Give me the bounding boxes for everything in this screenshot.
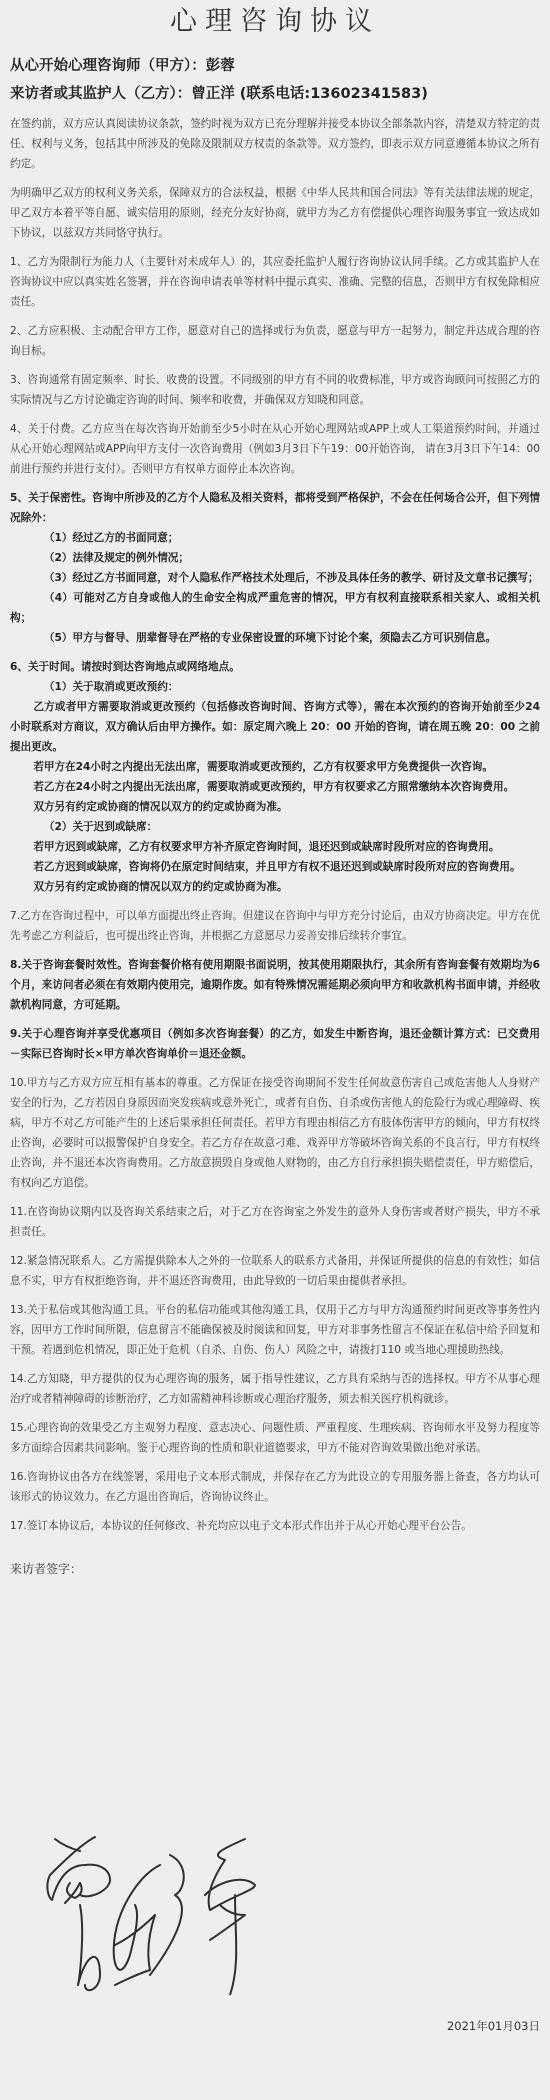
clause-11: 11.在咨询协议期内以及咨询关系结束之后，对于乙方在咨询室之外发生的意外人身伤害… (10, 1202, 540, 1242)
clause-4: 4、关于付费。乙方应当在每次咨询开始前至少5小时在从心开始心理网站或APP上或人… (10, 419, 540, 479)
clause-5-item-4: （4）可能对乙方自身或他人的生命安全构成严重危害的情况，甲方有权利直接联系相关家… (10, 588, 540, 628)
handwritten-signature (40, 1835, 290, 1995)
clause-14: 14.乙方知晓，甲方提供的仅为心理咨询的服务，属于指导性建议，乙方具有采纳与否的… (10, 1369, 540, 1409)
intro-paragraph-1: 在签约前，双方应认真阅读协议条款，签约时视为双方已充分理解并接受本协议全部条款内… (10, 114, 540, 174)
clause-9: 9.关于心理咨询并享受优惠项目（例如多次咨询套餐）的乙方，如发生中断咨询，退还金… (10, 1024, 540, 1064)
clause-15: 15.心理咨询的效果受乙方主观努力程度、意志决心、问题性质、严重程度、生理疾病、… (10, 1418, 540, 1458)
clause-10: 10.甲方与乙方双方应互相有基本的尊重。乙方保证在接受咨询期间不发生任何故意伤害… (10, 1073, 540, 1193)
clause-13: 13.关于私信或其他沟通工具。平台的私信功能或其他沟通工具，仅用于乙方与甲方沟通… (10, 1300, 540, 1360)
clause-5-item-2: （2）法律及规定的例外情况； (10, 548, 540, 568)
clause-6-sub2-item-3: 双方另有约定或协商的情况以双方的约定或协商为准。 (10, 877, 540, 897)
clause-1: 1、乙方为限制行为能力人（主要针对未成年人）的，其应委托监护人履行咨询协议认同手… (10, 252, 540, 312)
clause-2: 2、乙方应积极、主动配合甲方工作，愿意对自己的选择或行为负责，愿意与甲方一起努力… (10, 321, 540, 361)
clause-6-sub1-item-1: 乙方或者甲方需要取消或更改预约（包括修改咨询时间、咨询方式等），需在本次预约的咨… (10, 697, 540, 757)
clause-6-sub1-item-3: 若乙方在24小时之内提出无法出席，需要取消或更改预约，甲方有权要求乙方照常缴纳本… (10, 777, 540, 797)
clause-6-sub2-item-2: 若乙方迟到或缺席，咨询将仍在原定时间结束，并且甲方有权不退还迟到或缺席时段所对应… (10, 857, 540, 877)
clause-6-sub2-title: （2）关于迟到或缺席： (10, 817, 540, 837)
clause-8: 8.关于咨询套餐时效性。咨询套餐价格有使用期限书面说明，按其使用期限执行，其余所… (10, 955, 540, 1015)
clause-6-sub1-item-4: 双方另有约定或协商的情况以双方的约定或协商为准。 (10, 797, 540, 817)
clause-6-intro: 6、关于时间。请按时到达咨询地点或网络地点。 (10, 657, 540, 677)
agreement-document: 心理咨询协议 从心开始心理咨询师（甲方）：彭蓉 来访者或其监护人（乙方）：曾正洋… (0, 0, 550, 1577)
signing-date: 2021年01月03日 (447, 2018, 540, 2034)
clause-6-sub1-item-2: 若甲方在24小时之内提出无法出席，需要取消或更改预约，乙方有权要求甲方免费提供一… (10, 757, 540, 777)
clause-6-sub1-title: （1）关于取消或更改预约： (10, 677, 540, 697)
page-title: 心理咨询协议 (10, 0, 540, 44)
clause-7: 7.乙方在咨询过程中，可以单方面提出终止咨询。但建议在咨询中与甲方充分讨论后，由… (10, 906, 540, 946)
party-a-line: 从心开始心理咨询师（甲方）：彭蓉 (10, 52, 540, 80)
clause-5-item-5: （5）甲方与督导、朋辈督导在严格的专业保密设置的环境下讨论个案，须隐去乙方可识别… (10, 628, 540, 648)
clause-6-sub2-item-1: 若甲方迟到或缺席，乙方有权要求甲方补齐原定咨询时间，退还迟到或缺席时段所对应的咨… (10, 837, 540, 857)
clause-16: 16.咨询协议由各方在线签署，采用电子文本形式制成，并保存在乙方为此设立的专用服… (10, 1467, 540, 1507)
party-b-line: 来访者或其监护人（乙方）：曾正洋 (联系电话:13602341583) (10, 80, 540, 108)
clause-5-item-3: （3）经过乙方书面同意，对个人隐私作严格技术处理后，不涉及具体任务的教学、研讨及… (10, 568, 540, 588)
clause-5-intro: 5、关于保密性。咨询中所涉及的乙方个人隐私及相关资料，都将受到严格保护，不会在任… (10, 488, 540, 528)
clause-3: 3、咨询通常有固定频率、时长、收费的设置。不同级别的甲方有不同的收费标准，甲方或… (10, 370, 540, 410)
clause-12: 12.紧急情况联系人。乙方需提供除本人之外的一位联系人的联系方式备用，并保证所提… (10, 1251, 540, 1291)
intro-paragraph-2: 为明确甲乙双方的权利义务关系，保障双方的合法权益，根据《中华人民共和国合同法》等… (10, 183, 540, 243)
signature-label: 来访者签字： (10, 1560, 540, 1577)
clause-5-item-1: （1）经过乙方的书面同意； (10, 528, 540, 548)
clause-17: 17.签订本协议后，本协议的任何修改、补充均应以电子文本形式作出并于从心开始心理… (10, 1516, 540, 1536)
